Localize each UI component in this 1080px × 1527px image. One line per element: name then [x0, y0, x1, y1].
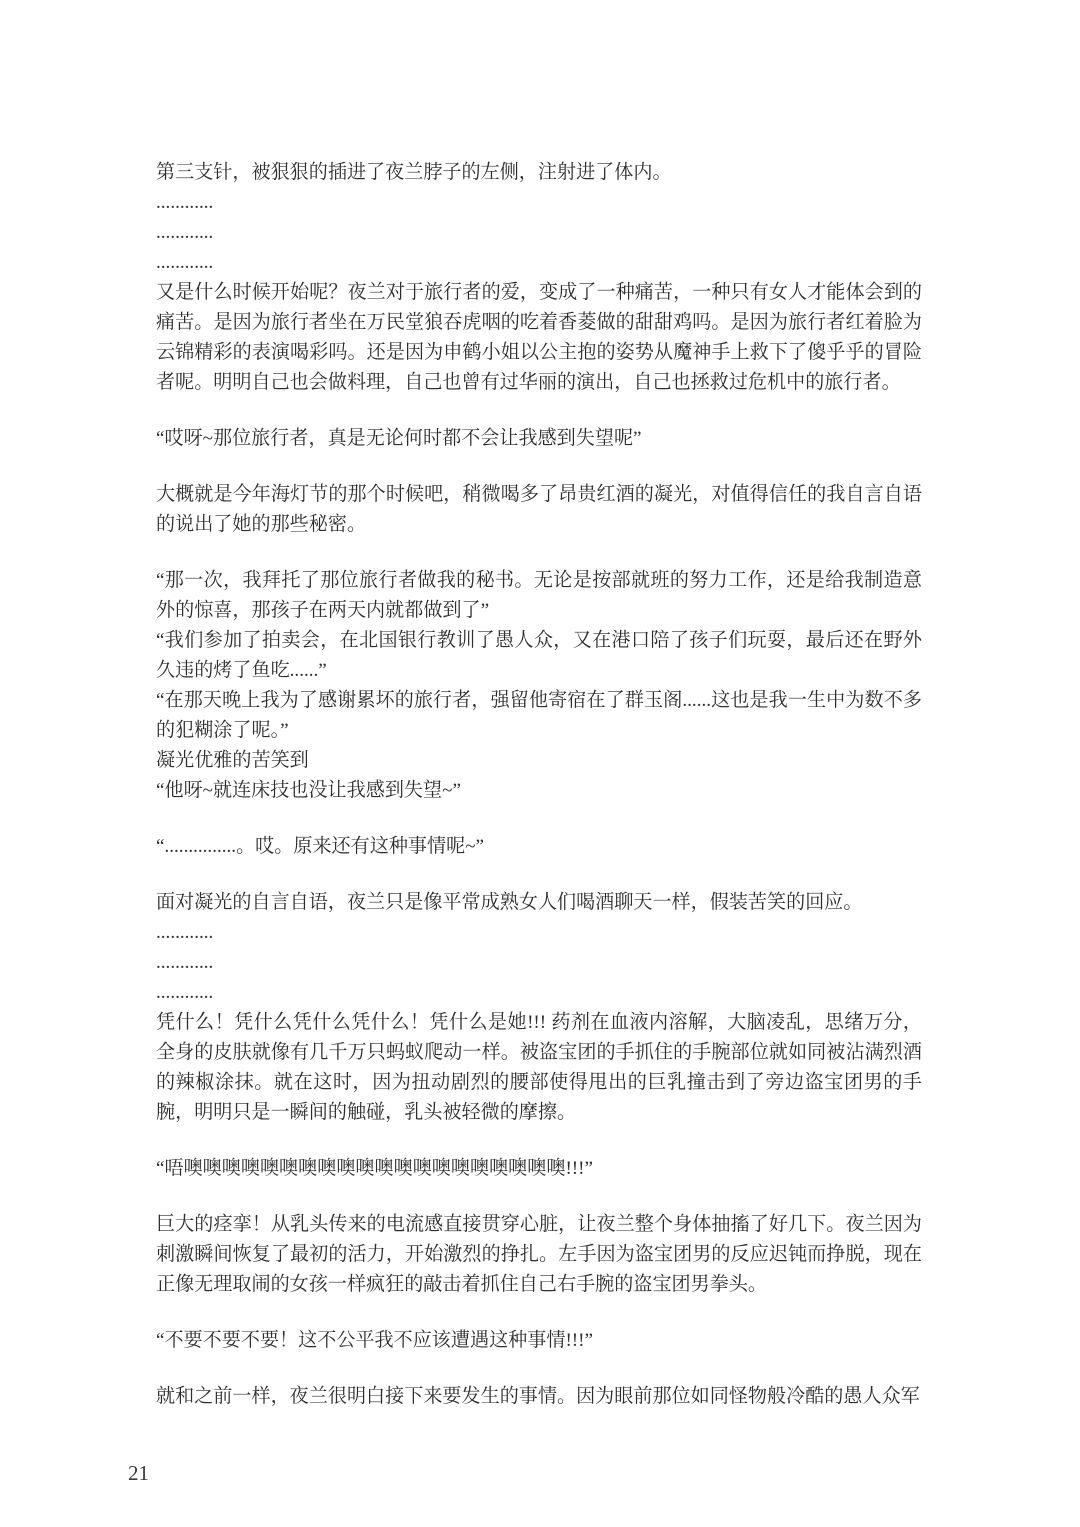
- dialogue-line: “我们参加了拍卖会，在北国银行教训了愚人众，又在港口陪了孩子们玩耍，最后还在野外…: [156, 626, 922, 686]
- dialogue-line: “不要不要不要！这不公平我不应该遭遇这种事情!!!”: [156, 1326, 922, 1356]
- dialogue-line: “那一次，我拜托了那位旅行者做我的秘书。无论是按部就班的努力工作，还是给我制造意…: [156, 566, 922, 626]
- narration-paragraph: 就和之前一样，夜兰很明白接下来要发生的事情。因为眼前那位如同怪物般冷酷的愚人众军: [156, 1382, 922, 1412]
- ellipsis-line: ............: [156, 248, 922, 278]
- narration-paragraph: 面对凝光的自言自语，夜兰只是像平常成熟女人们喝酒聊天一样，假装苦笑的回应。: [156, 888, 922, 918]
- narration-paragraph: 巨大的痉挛！从乳头传来的电流感直接贯穿心脏，让夜兰整个身体抽搐了好几下。夜兰因为…: [156, 1210, 922, 1300]
- page-text: 第三支针，被狠狠的插进了夜兰脖子的左侧，注射进了体内。 ............…: [156, 158, 922, 1412]
- narration-paragraph: 大概就是今年海灯节的那个时候吧，稍微喝多了昂贵红酒的凝光，对值得信任的我自言自语…: [156, 480, 922, 540]
- ellipsis-line: ............: [156, 948, 922, 978]
- dialogue-line: “唔噢噢噢噢噢噢噢噢噢噢噢噢噢噢噢噢噢噢噢噢!!!”: [156, 1154, 922, 1184]
- dialogue-line: “他呀~就连床技也没让我感到失望~”: [156, 776, 922, 806]
- narration-paragraph: 凝光优雅的苦笑到: [156, 746, 922, 776]
- narration-paragraph: 又是什么时候开始呢？夜兰对于旅行者的爱，变成了一种痛苦，一种只有女人才能体会到的…: [156, 278, 922, 398]
- dialogue-line: “...............。哎。原来还有这种事情呢~”: [156, 832, 922, 862]
- page-number: 21: [128, 1458, 149, 1488]
- ellipsis-line: ............: [156, 978, 922, 1008]
- narration-paragraph: 第三支针，被狠狠的插进了夜兰脖子的左侧，注射进了体内。: [156, 158, 922, 188]
- narration-paragraph: 凭什么！凭什么凭什么凭什么！凭什么是她!!! 药剂在血液内溶解，大脑凌乱，思绪万…: [156, 1008, 922, 1128]
- dialogue-line: “哎呀~那位旅行者，真是无论何时都不会让我感到失望呢”: [156, 424, 922, 454]
- ellipsis-line: ............: [156, 918, 922, 948]
- ellipsis-line: ............: [156, 218, 922, 248]
- ellipsis-line: ............: [156, 188, 922, 218]
- dialogue-line: “在那天晚上我为了感谢累坏的旅行者，强留他寄宿在了群玉阁......这也是我一生…: [156, 686, 922, 746]
- document-page: 第三支针，被狠狠的插进了夜兰脖子的左侧，注射进了体内。 ............…: [0, 0, 1080, 1527]
